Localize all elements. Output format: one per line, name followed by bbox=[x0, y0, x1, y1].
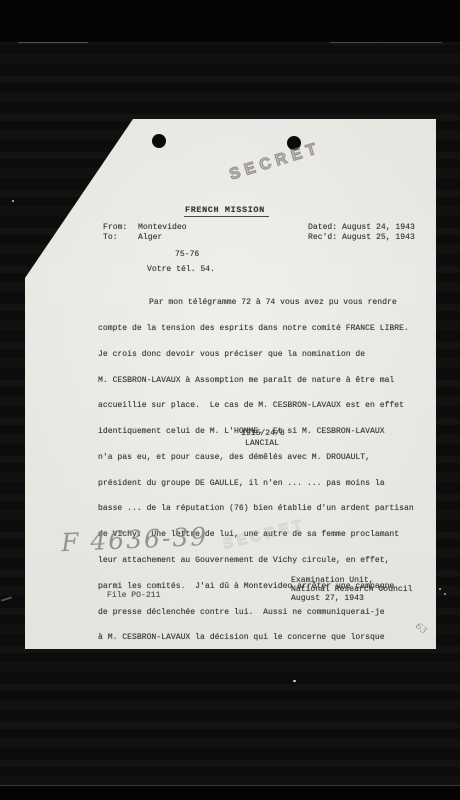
film-speck bbox=[444, 593, 446, 595]
secret-stamp: SECRET bbox=[227, 140, 323, 185]
footer-date: August 27, 1943 bbox=[291, 595, 364, 604]
body-line: n'a pas eu, et pour cause, des démêlés a… bbox=[98, 454, 432, 463]
film-speck bbox=[12, 200, 14, 202]
film-seam-right bbox=[330, 42, 442, 43]
body-line: à M. CESBRON-LAVAUX la décision qui le c… bbox=[98, 634, 432, 643]
telegram-body: Par mon télégramme 72 à 74 vous avez pu … bbox=[98, 282, 432, 686]
scanned-page: SECRET FRENCH MISSION From: Montevideo T… bbox=[25, 119, 436, 649]
series-number: 75-76 bbox=[175, 251, 199, 260]
body-line: compte de la tension des esprits dans no… bbox=[98, 325, 432, 334]
body-line: basse ... de la réputation (76) bien éta… bbox=[98, 505, 432, 514]
body-line: accueillie sur place. Le cas de M. CESBR… bbox=[98, 402, 432, 411]
film-speck bbox=[439, 588, 441, 590]
to-value: Alger bbox=[138, 234, 162, 243]
from-value: Montevideo bbox=[138, 224, 187, 233]
signoff-code: 1915/24/8 bbox=[241, 430, 285, 439]
reference-line: Votre tél. 54. bbox=[147, 266, 215, 275]
dated-line: Dated: August 24, 1943 bbox=[308, 224, 415, 233]
body-line: président du groupe DE GAULLE, il n'en .… bbox=[98, 480, 432, 489]
body-line: Je crois donc devoir vous préciser que l… bbox=[98, 351, 432, 360]
file-reference: File PO-211 bbox=[107, 592, 160, 601]
body-line: Par mon télégramme 72 à 74 vous avez pu … bbox=[98, 299, 432, 308]
to-label: To: bbox=[103, 234, 118, 243]
document-title: FRENCH MISSION bbox=[184, 206, 269, 217]
received-line: Rec'd: August 25, 1943 bbox=[308, 234, 415, 243]
film-seam-left bbox=[18, 42, 88, 43]
film-top-band bbox=[0, 0, 460, 42]
scanned-telegram-photostat: SECRET FRENCH MISSION From: Montevideo T… bbox=[0, 0, 460, 800]
film-edge-mark bbox=[1, 596, 12, 601]
body-line: leur attachement au Gouvernement de Vich… bbox=[98, 557, 432, 566]
body-line: vous m'aurez confirmé vos instructions. bbox=[98, 660, 432, 669]
punch-hole-left bbox=[152, 134, 166, 148]
film-speck bbox=[293, 680, 296, 682]
signoff-name: LANCIAL bbox=[245, 440, 279, 449]
from-label: From: bbox=[103, 224, 127, 233]
body-line: de presse déclenchée contre lui. Aussi n… bbox=[98, 609, 432, 618]
body-line: M. CESBRON-LAVAUX à Assomption me paraît… bbox=[98, 377, 432, 386]
film-bottom-band bbox=[0, 786, 460, 800]
